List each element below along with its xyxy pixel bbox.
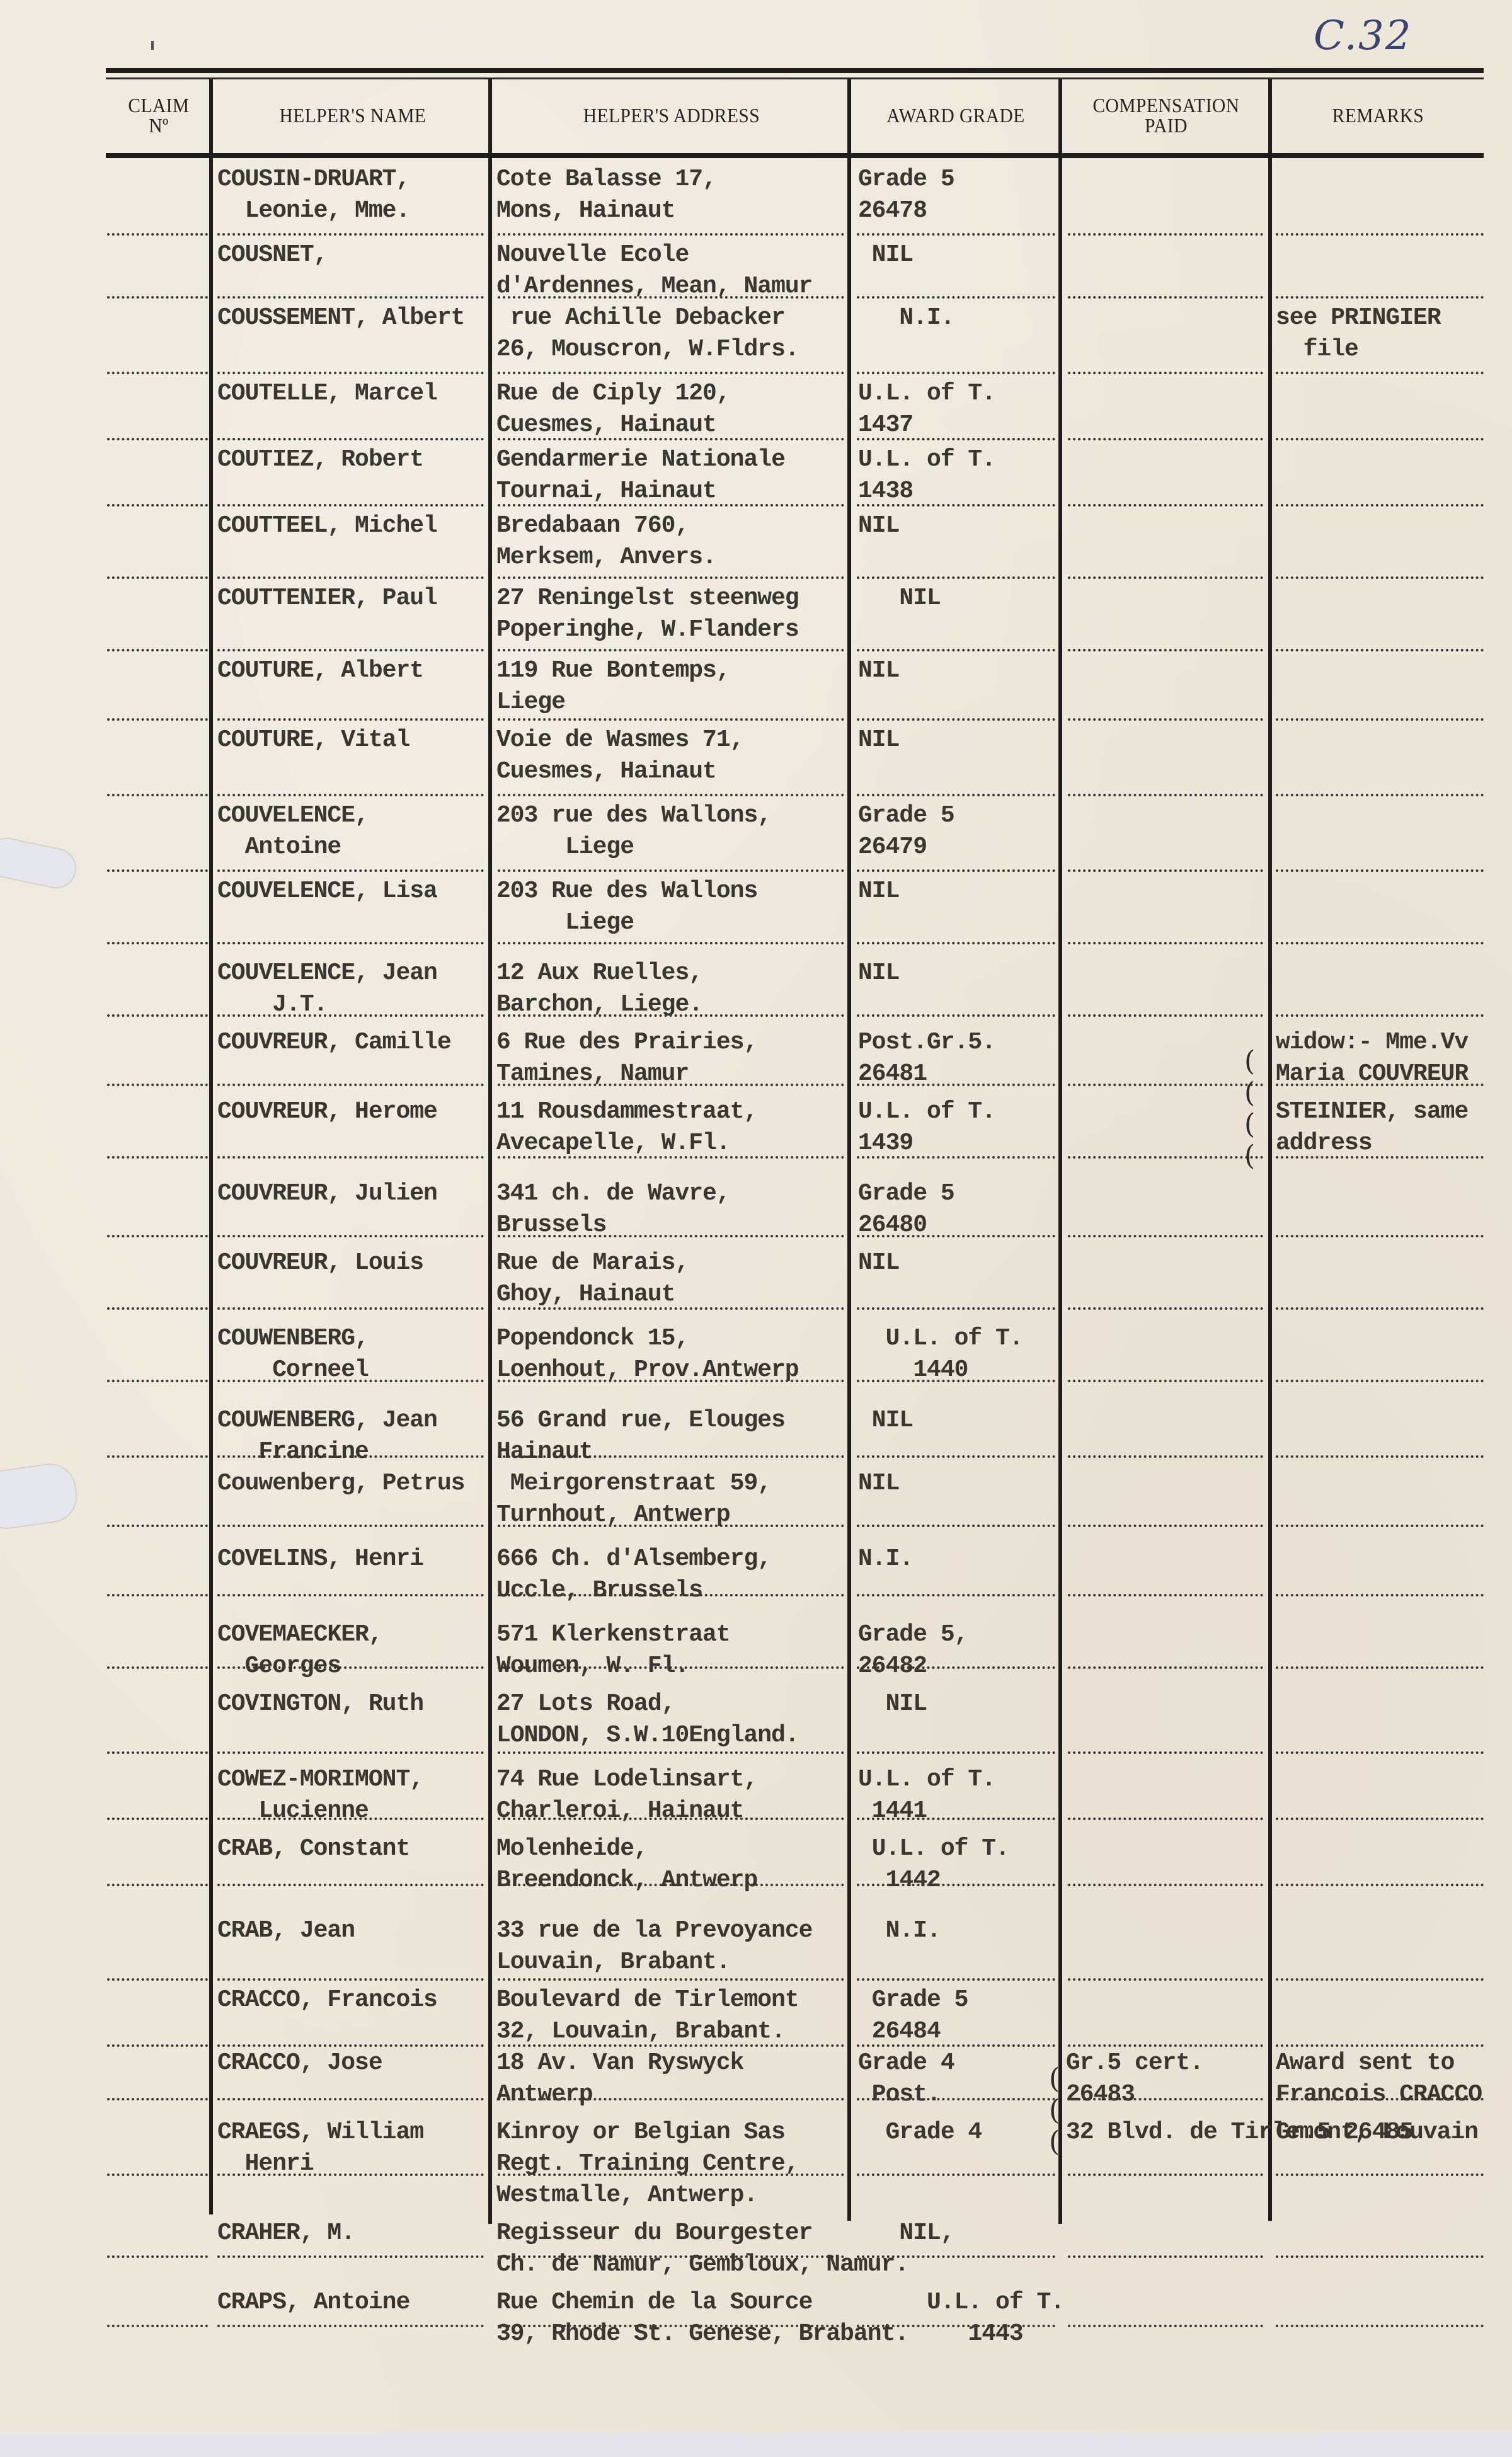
- row-divider-dotted: [1276, 576, 1484, 579]
- cell-name: COUTURE, Vital: [217, 724, 409, 756]
- header-bottom-rule: [106, 153, 1484, 158]
- header-helper-name: HELPER'S NAME: [226, 79, 481, 151]
- cell-name: COVELINS, Henri: [217, 1543, 423, 1575]
- row-divider-dotted: [857, 794, 1055, 796]
- cell-address: Voie de Wasmes 71, Cuesmes, Hainaut: [496, 724, 743, 787]
- cell-address: Kinroy or Belgian Sas Regt. Training Cen…: [496, 2117, 799, 2211]
- header-claim-no: CLAIM Nº: [110, 79, 208, 151]
- cell-name: COUSNET,: [217, 239, 327, 271]
- row-divider-dotted: [217, 504, 484, 507]
- row-divider-dotted: [217, 2255, 484, 2258]
- row-divider-dotted: [217, 869, 484, 872]
- row-divider-dotted: [498, 1666, 844, 1669]
- row-divider-dotted: [498, 438, 844, 440]
- row-divider-dotted: [217, 1084, 484, 1086]
- cell-award: NIL: [858, 239, 913, 271]
- row-divider-dotted: [107, 1978, 208, 1981]
- header-award-grade: AWARD GRADE: [860, 79, 1051, 151]
- remarks-brace-icon: (: [1244, 1077, 1255, 1109]
- row-divider-dotted: [498, 2044, 844, 2047]
- compensation-brace-icon: (: [1049, 2063, 1060, 2095]
- row-divider-dotted: [1276, 1666, 1484, 1669]
- cell-address: 571 Klerkenstraat Woumen, W. Fl.: [496, 1619, 730, 1682]
- scan-background-strip: [0, 2433, 1512, 2457]
- row-divider-dotted: [107, 2173, 208, 2176]
- cell-award: Grade 4 Post.: [858, 2047, 954, 2110]
- row-divider-dotted: [1276, 1084, 1484, 1086]
- row-divider-dotted: [107, 1084, 208, 1086]
- row-divider-dotted: [107, 2044, 208, 2047]
- row-divider-dotted: [1068, 2325, 1263, 2327]
- cell-compensation: Gr.5 cert. 26483: [1066, 2047, 1203, 2110]
- row-divider-dotted: [857, 1884, 1055, 1886]
- cell-name: COUVELENCE, Jean J.T.: [217, 958, 437, 1021]
- row-divider-dotted: [1068, 1884, 1263, 1886]
- row-divider-dotted: [1068, 372, 1263, 374]
- cell-address: 666 Ch. d'Alsemberg, Uccle, Brussels: [496, 1543, 771, 1606]
- row-divider-dotted: [1276, 296, 1484, 299]
- row-divider-dotted: [217, 233, 484, 236]
- row-divider-dotted: [498, 1084, 844, 1086]
- cell-compensation: 32 Blvd. de Tirlemont, Louvain: [1066, 2117, 1478, 2148]
- cell-name: COUWENBERG, Jean Francine: [217, 1405, 437, 1468]
- row-divider-dotted: [498, 1014, 844, 1017]
- row-divider-dotted: [217, 576, 484, 579]
- cell-award: U.L. of T. 1443: [858, 2287, 1064, 2350]
- cell-address: 18 Av. Van Ryswyck Antwerp: [496, 2047, 743, 2110]
- paper-tear-upper: [0, 835, 79, 891]
- row-divider-dotted: [1068, 2173, 1263, 2176]
- row-divider-dotted: [857, 1307, 1055, 1310]
- row-divider-dotted: [857, 1978, 1055, 1981]
- row-divider-dotted: [857, 1666, 1055, 1669]
- row-divider-dotted: [857, 2044, 1055, 2047]
- row-divider-dotted: [857, 1380, 1055, 1382]
- cell-award: U.L. of T. 1438: [858, 444, 995, 507]
- row-divider-dotted: [217, 296, 484, 299]
- row-divider-dotted: [217, 1978, 484, 1981]
- row-divider-dotted: [1276, 1380, 1484, 1382]
- cell-name: CRAPS, Antoine: [217, 2287, 409, 2318]
- row-divider-dotted: [1068, 1156, 1263, 1159]
- cell-award: Grade 5, 26482: [858, 1619, 968, 1682]
- cell-name: CRACCO, Francois: [217, 1984, 437, 2016]
- cell-address: Molenheide, Breendonck, Antwerp: [496, 1833, 757, 1896]
- cell-name: CRAHER, M.: [217, 2218, 355, 2249]
- row-divider-dotted: [1276, 649, 1484, 651]
- row-divider-dotted: [217, 1884, 484, 1886]
- row-divider-dotted: [107, 1014, 208, 1017]
- row-divider-dotted: [857, 1156, 1055, 1159]
- header-top-rule: [106, 68, 1484, 73]
- cell-award: NIL: [858, 1688, 927, 1720]
- row-divider-dotted: [107, 1156, 208, 1159]
- cell-award: NIL: [858, 583, 941, 614]
- row-divider-dotted: [1276, 233, 1484, 236]
- cell-remarks: STEINIER, same address: [1276, 1096, 1468, 1159]
- row-divider-dotted: [857, 718, 1055, 721]
- row-divider-dotted: [1276, 2173, 1484, 2176]
- row-divider-dotted: [857, 1235, 1055, 1237]
- cell-address: 11 Rousdammestraat, Avecapelle, W.Fl.: [496, 1096, 757, 1159]
- column-divider-4: [1058, 79, 1062, 2224]
- row-divider-dotted: [498, 1525, 844, 1527]
- document-page: C.32 CLAIM Nº HELPER'S NAME HELPER'S ADD…: [0, 0, 1512, 2433]
- row-divider-dotted: [217, 438, 484, 440]
- row-divider-dotted: [1276, 1751, 1484, 1754]
- row-divider-dotted: [107, 794, 208, 796]
- row-divider-dotted: [498, 1818, 844, 1820]
- row-divider-dotted: [1276, 1594, 1484, 1596]
- row-divider-dotted: [1276, 794, 1484, 796]
- row-divider-dotted: [498, 649, 844, 651]
- cell-name: COUVREUR, Louis: [217, 1247, 423, 1279]
- row-divider-dotted: [1068, 1084, 1263, 1086]
- row-divider-dotted: [107, 718, 208, 721]
- header-helper-address: HELPER'S ADDRESS: [508, 79, 834, 151]
- cell-address: 203 Rue des Wallons Liege: [496, 876, 757, 939]
- row-divider-dotted: [107, 2325, 208, 2327]
- cell-award: N.I.: [858, 1543, 913, 1575]
- cell-remarks: see PRINGIER file: [1276, 302, 1441, 365]
- row-divider-dotted: [857, 2325, 1055, 2327]
- row-divider-dotted: [107, 504, 208, 507]
- paper-tear-lower: [0, 1462, 79, 1531]
- row-divider-dotted: [217, 942, 484, 944]
- cell-award: NIL: [858, 724, 899, 756]
- row-divider-dotted: [107, 1884, 208, 1886]
- row-divider-dotted: [1276, 1818, 1484, 1820]
- remarks-brace-icon: (: [1244, 1140, 1255, 1172]
- row-divider-dotted: [1276, 1235, 1484, 1237]
- cell-name: COUSIN-DRUART, Leonie, Mme.: [217, 164, 409, 227]
- row-divider-dotted: [107, 1380, 208, 1382]
- row-divider-dotted: [1276, 1455, 1484, 1458]
- row-divider-dotted: [1068, 1751, 1263, 1754]
- row-divider-dotted: [217, 1235, 484, 1237]
- row-divider-dotted: [217, 2173, 484, 2176]
- cell-address: 203 rue des Wallons, Liege: [496, 800, 771, 863]
- row-divider-dotted: [498, 2173, 844, 2176]
- row-divider-dotted: [217, 1818, 484, 1820]
- row-divider-dotted: [107, 2255, 208, 2258]
- row-divider-dotted: [217, 372, 484, 374]
- row-divider-dotted: [1276, 372, 1484, 374]
- cell-address: Bredabaan 760, Merksem, Anvers.: [496, 510, 716, 573]
- row-divider-dotted: [1068, 1978, 1263, 1981]
- row-divider-dotted: [1068, 1307, 1263, 1310]
- row-divider-dotted: [1068, 942, 1263, 944]
- row-divider-dotted: [107, 2098, 208, 2100]
- row-divider-dotted: [857, 1084, 1055, 1086]
- row-divider-dotted: [1068, 438, 1263, 440]
- cell-award: Grade 5 26478: [858, 164, 954, 227]
- row-divider-dotted: [857, 576, 1055, 579]
- cell-address: Boulevard de Tirlemont 32, Louvain, Brab…: [496, 1984, 799, 2047]
- row-divider-dotted: [1068, 576, 1263, 579]
- row-divider-dotted: [857, 2173, 1055, 2176]
- column-divider-2: [488, 79, 492, 2224]
- cell-award: U.L. of T. 1439: [858, 1096, 995, 1159]
- cell-address: 27 Reningelst steenweg Poperinghe, W.Fla…: [496, 583, 799, 646]
- row-divider-dotted: [498, 1380, 844, 1382]
- row-divider-dotted: [217, 1156, 484, 1159]
- cell-address: 119 Rue Bontemps, Liege: [496, 655, 730, 718]
- row-divider-dotted: [1068, 794, 1263, 796]
- cell-award: N.I.: [858, 1915, 941, 1947]
- row-divider-dotted: [498, 1594, 844, 1596]
- remarks-brace-icon: (: [1244, 1046, 1255, 1077]
- cell-name: COUTTENIER, Paul: [217, 583, 437, 614]
- row-divider-dotted: [1068, 1014, 1263, 1017]
- row-divider-dotted: [1276, 2325, 1484, 2327]
- row-divider-dotted: [217, 718, 484, 721]
- cell-remarks: Gr.5 26485: [1276, 2117, 1413, 2148]
- row-divider-dotted: [1068, 1818, 1263, 1820]
- row-divider-dotted: [217, 1380, 484, 1382]
- column-divider-3: [847, 79, 851, 2221]
- cell-address: 33 rue de la Prevoyance Louvain, Brabant…: [496, 1915, 813, 1978]
- cell-award: NIL: [858, 958, 899, 989]
- cell-name: COUTURE, Albert: [217, 655, 423, 687]
- cell-name: COUSSEMENT, Albert: [217, 302, 464, 334]
- row-divider-dotted: [857, 1751, 1055, 1754]
- compensation-brace-icon: (: [1049, 2095, 1060, 2126]
- row-divider-dotted: [498, 1235, 844, 1237]
- row-divider-dotted: [857, 1525, 1055, 1527]
- cell-name: COUTELLE, Marcel: [217, 378, 437, 409]
- row-divider-dotted: [857, 1455, 1055, 1458]
- row-divider-dotted: [107, 1307, 208, 1310]
- cell-award: NIL: [858, 655, 899, 687]
- cell-award: Grade 5 26480: [858, 1178, 954, 1241]
- row-divider-dotted: [498, 1978, 844, 1981]
- column-divider-5: [1268, 79, 1272, 2221]
- row-divider-dotted: [107, 1455, 208, 1458]
- column-divider-1: [209, 79, 213, 2214]
- row-divider-dotted: [1276, 942, 1484, 944]
- cell-name: COVEMAECKER, Georges: [217, 1619, 382, 1682]
- row-divider-dotted: [498, 718, 844, 721]
- row-divider-dotted: [1068, 1380, 1263, 1382]
- row-divider-dotted: [857, 1594, 1055, 1596]
- cell-name: COUVELENCE, Lisa: [217, 876, 437, 907]
- row-divider-dotted: [107, 1751, 208, 1754]
- cell-address: Nouvelle Ecole d'Ardennes, Mean, Namur: [496, 239, 813, 302]
- row-divider-dotted: [498, 1751, 844, 1754]
- row-divider-dotted: [217, 1751, 484, 1754]
- row-divider-dotted: [1068, 1525, 1263, 1527]
- row-divider-dotted: [498, 233, 844, 236]
- row-divider-dotted: [1068, 718, 1263, 721]
- row-divider-dotted: [1276, 438, 1484, 440]
- row-divider-dotted: [1068, 2098, 1263, 2100]
- row-divider-dotted: [107, 233, 208, 236]
- row-divider-dotted: [107, 372, 208, 374]
- row-divider-dotted: [217, 2044, 484, 2047]
- cell-address: Regisseur du Bourgester Ch. de Namur, Ge…: [496, 2218, 908, 2281]
- header-compensation-paid: COMPENSATION PAID: [1070, 79, 1262, 151]
- row-divider-dotted: [857, 2098, 1055, 2100]
- row-divider-dotted: [217, 1594, 484, 1596]
- cell-remarks: widow:- Mme.Vv Maria COUVREUR: [1276, 1027, 1468, 1090]
- row-divider-dotted: [217, 1666, 484, 1669]
- cell-address: 27 Lots Road, LONDON, S.W.10England.: [496, 1688, 799, 1751]
- row-divider-dotted: [498, 1156, 844, 1159]
- row-divider-dotted: [217, 1455, 484, 1458]
- cell-address: 6 Rue des Prairies, Tamines, Namur: [496, 1027, 757, 1090]
- row-divider-dotted: [1276, 1884, 1484, 1886]
- cell-name: COUVREUR, Camille: [217, 1027, 451, 1058]
- row-divider-dotted: [498, 296, 844, 299]
- cell-address: Cote Balasse 17, Mons, Hainaut: [496, 164, 716, 227]
- row-divider-dotted: [1068, 2255, 1263, 2258]
- row-divider-dotted: [1068, 504, 1263, 507]
- cell-address: Rue de Ciply 120, Cuesmes, Hainaut: [496, 378, 730, 441]
- row-divider-dotted: [107, 1235, 208, 1237]
- row-divider-dotted: [1068, 233, 1263, 236]
- cell-name: COUWENBERG, Corneel: [217, 1323, 369, 1386]
- row-divider-dotted: [1276, 1307, 1484, 1310]
- cell-award: U.L. of T. 1437: [858, 378, 995, 441]
- cell-address: Meirgorenstraat 59, Turnhout, Antwerp: [496, 1468, 771, 1531]
- row-divider-dotted: [498, 942, 844, 944]
- row-divider-dotted: [107, 942, 208, 944]
- row-divider-dotted: [857, 1014, 1055, 1017]
- row-divider-dotted: [107, 869, 208, 872]
- row-divider-dotted: [498, 2098, 844, 2100]
- cell-address: Rue de Marais, Ghoy, Hainaut: [496, 1247, 689, 1310]
- cell-name: CRACCO, Jose: [217, 2047, 382, 2079]
- row-divider-dotted: [1068, 1235, 1263, 1237]
- row-divider-dotted: [857, 1818, 1055, 1820]
- row-divider-dotted: [217, 2098, 484, 2100]
- row-divider-dotted: [1276, 2098, 1484, 2100]
- row-divider-dotted: [1276, 718, 1484, 721]
- row-divider-dotted: [857, 2255, 1055, 2258]
- row-divider-dotted: [107, 438, 208, 440]
- compensation-brace-icon: (: [1049, 2126, 1060, 2158]
- row-divider-dotted: [1068, 1594, 1263, 1596]
- cell-name: COUTIEZ, Robert: [217, 444, 423, 476]
- row-divider-dotted: [498, 794, 844, 796]
- cell-award: NIL: [858, 1405, 913, 1436]
- row-divider-dotted: [107, 296, 208, 299]
- cell-name: Couwenberg, Petrus: [217, 1468, 464, 1499]
- cell-name: COVINGTON, Ruth: [217, 1688, 423, 1720]
- cell-name: CRAB, Jean: [217, 1915, 355, 1947]
- cell-award: N.I.: [858, 302, 954, 334]
- cell-address: 341 ch. de Wavre, Brussels: [496, 1178, 730, 1241]
- row-divider-dotted: [1276, 1014, 1484, 1017]
- row-divider-dotted: [498, 869, 844, 872]
- cell-award: NIL: [858, 1247, 899, 1279]
- row-divider-dotted: [1068, 2044, 1263, 2047]
- row-divider-dotted: [498, 372, 844, 374]
- page-reference: C.32: [1314, 13, 1412, 59]
- cell-award: Grade 5 26479: [858, 800, 954, 863]
- stray-ink-mark: [151, 41, 154, 50]
- row-divider-dotted: [217, 794, 484, 796]
- row-divider-dotted: [1276, 869, 1484, 872]
- cell-address: rue Achille Debacker 26, Mouscron, W.Fld…: [496, 302, 799, 365]
- row-divider-dotted: [857, 649, 1055, 651]
- cell-award: U.L. of T. 1442: [858, 1833, 1009, 1896]
- row-divider-dotted: [857, 296, 1055, 299]
- row-divider-dotted: [857, 869, 1055, 872]
- row-divider-dotted: [1068, 1666, 1263, 1669]
- cell-address: Gendarmerie Nationale Tournai, Hainaut: [496, 444, 785, 507]
- row-divider-dotted: [107, 576, 208, 579]
- row-divider-dotted: [1276, 2044, 1484, 2047]
- row-divider-dotted: [857, 233, 1055, 236]
- row-divider-dotted: [107, 1525, 208, 1527]
- cell-award: NIL: [858, 1468, 899, 1499]
- cell-name: COUTTEEL, Michel: [217, 510, 437, 542]
- cell-award: Grade 4: [858, 2117, 982, 2148]
- row-divider-dotted: [498, 1307, 844, 1310]
- cell-award: Grade 5 26484: [858, 1984, 968, 2047]
- row-divider-dotted: [498, 1455, 844, 1458]
- cell-award: NIL,: [858, 2218, 954, 2249]
- cell-award: NIL: [858, 510, 899, 542]
- cell-name: CRAB, Constant: [217, 1833, 409, 1865]
- cell-name: CRAEGS, William Henri: [217, 2117, 423, 2180]
- row-divider-dotted: [498, 504, 844, 507]
- cell-name: COUVELENCE, Antoine: [217, 800, 369, 863]
- row-divider-dotted: [498, 576, 844, 579]
- cell-address: 12 Aux Ruelles, Barchon, Liege.: [496, 958, 702, 1021]
- row-divider-dotted: [217, 2325, 484, 2327]
- row-divider-dotted: [1276, 504, 1484, 507]
- row-divider-dotted: [498, 2325, 844, 2327]
- row-divider-dotted: [217, 649, 484, 651]
- row-divider-dotted: [217, 1525, 484, 1527]
- cell-award: Post.Gr.5. 26481: [858, 1027, 995, 1090]
- cell-address: Rue Chemin de la Source 39, Rhode St. Ge…: [496, 2287, 908, 2350]
- row-divider-dotted: [1276, 1156, 1484, 1159]
- row-divider-dotted: [857, 372, 1055, 374]
- header-remarks: REMARKS: [1281, 79, 1475, 151]
- cell-remarks: Award sent to Francois CRACCO: [1276, 2047, 1482, 2110]
- cell-award: U.L. of T. 1440: [858, 1323, 1023, 1386]
- cell-address: 56 Grand rue, Elouges Hainaut: [496, 1405, 785, 1468]
- cell-name: COUVREUR, Julien: [217, 1178, 437, 1210]
- row-divider-dotted: [498, 2255, 844, 2258]
- row-divider-dotted: [107, 1666, 208, 1669]
- row-divider-dotted: [1068, 296, 1263, 299]
- row-divider-dotted: [857, 504, 1055, 507]
- row-divider-dotted: [857, 438, 1055, 440]
- row-divider-dotted: [1068, 649, 1263, 651]
- row-divider-dotted: [498, 1884, 844, 1886]
- row-divider-dotted: [1276, 2255, 1484, 2258]
- row-divider-dotted: [107, 649, 208, 651]
- row-divider-dotted: [217, 1307, 484, 1310]
- cell-award: NIL: [858, 876, 899, 907]
- row-divider-dotted: [107, 1818, 208, 1820]
- row-divider-dotted: [217, 1014, 484, 1017]
- row-divider-dotted: [1068, 1455, 1263, 1458]
- row-divider-dotted: [1068, 869, 1263, 872]
- row-divider-dotted: [857, 942, 1055, 944]
- cell-address: Popendonck 15, Loenhout, Prov.Antwerp: [496, 1323, 799, 1386]
- cell-name: COUVREUR, Herome: [217, 1096, 437, 1128]
- remarks-brace-icon: (: [1244, 1109, 1255, 1140]
- row-divider-dotted: [1276, 1525, 1484, 1527]
- row-divider-dotted: [107, 1594, 208, 1596]
- row-divider-dotted: [1276, 1978, 1484, 1981]
